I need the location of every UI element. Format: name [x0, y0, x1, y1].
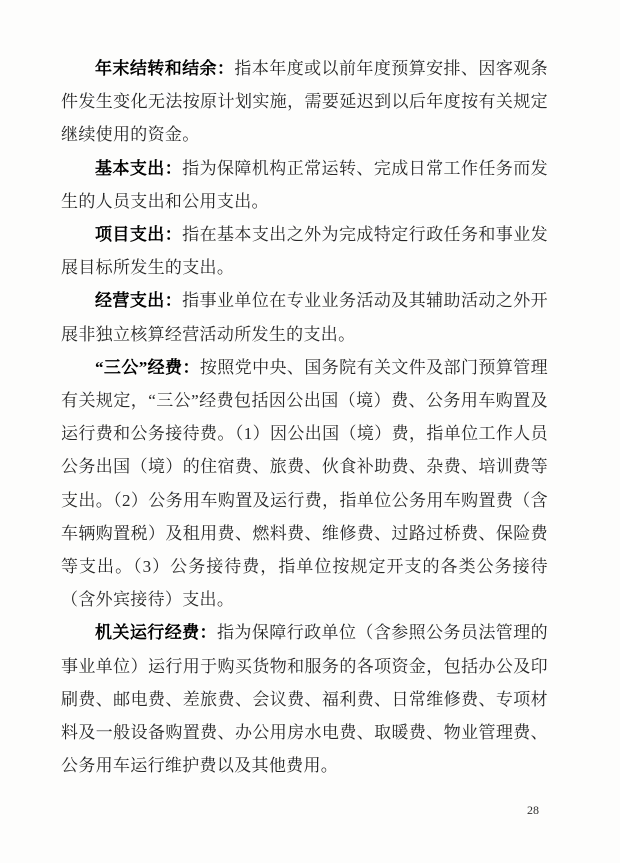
glossary-text-content: 年末结转和结余：指本年度或以前年度预算安排、因客观条件发生变化无法按原计划实施，… — [61, 52, 548, 782]
glossary-term-label: 年末结转和结余： — [95, 59, 234, 78]
document-page: 年末结转和结余：指本年度或以前年度预算安排、因客观条件发生变化无法按原计划实施，… — [0, 0, 620, 863]
glossary-term-label: 机关运行经费： — [95, 623, 217, 642]
glossary-definition-text: 按照党中央、国务院有关文件及部门预算管理有关规定，“三公”经费包括因公出国（境）… — [61, 358, 548, 609]
glossary-term-label: 经营支出： — [95, 291, 182, 310]
glossary-term-label: 基本支出： — [95, 159, 182, 178]
glossary-paragraph: 机关运行经费：指为保障行政单位（含参照公务员法管理的事业单位）运行用于购买货物和… — [61, 616, 548, 782]
glossary-term-label: 项目支出： — [95, 225, 182, 244]
glossary-paragraph: 经营支出：指事业单位在专业业务活动及其辅助活动之外开展非独立核算经营活动所发生的… — [61, 284, 548, 350]
glossary-term-label: “三公”经费： — [95, 358, 200, 377]
glossary-definition-text: 指为保障行政单位（含参照公务员法管理的事业单位）运行用于购买货物和服务的各项资金… — [61, 623, 548, 775]
page-number: 28 — [527, 803, 539, 817]
glossary-paragraph: 年末结转和结余：指本年度或以前年度预算安排、因客观条件发生变化无法按原计划实施，… — [61, 52, 548, 152]
glossary-paragraph: 基本支出：指为保障机构正常运转、完成日常工作任务而发生的人员支出和公用支出。 — [61, 152, 548, 218]
glossary-paragraph: “三公”经费：按照党中央、国务院有关文件及部门预算管理有关规定，“三公”经费包括… — [61, 351, 548, 617]
glossary-paragraph: 项目支出：指在基本支出之外为完成特定行政任务和事业发展目标所发生的支出。 — [61, 218, 548, 284]
